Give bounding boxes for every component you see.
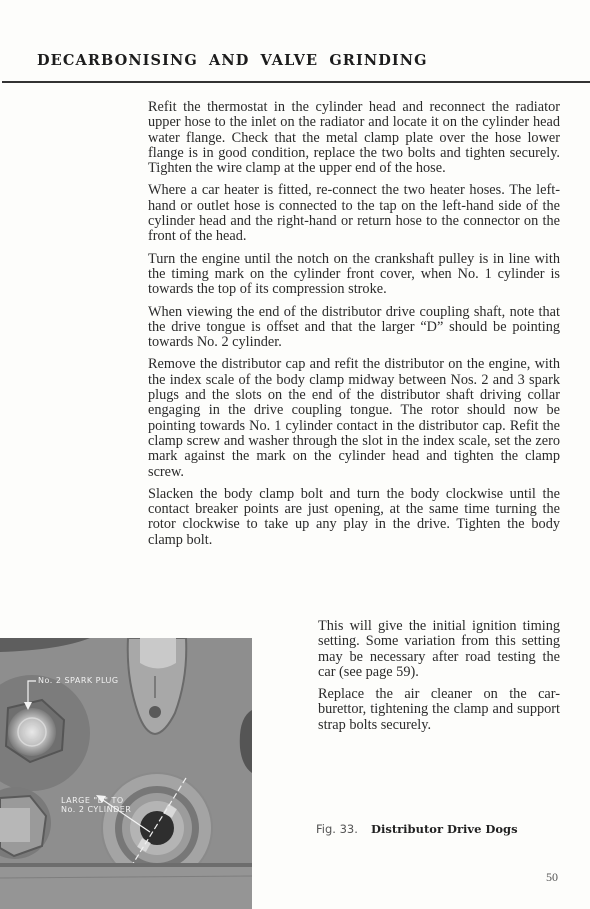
paragraph-air-cleaner: Replace the air cleaner on the car-buret… xyxy=(318,687,560,733)
figure-title: Distributor Drive Dogs xyxy=(371,822,518,836)
paragraph-drive-coupling: When viewing the end of the distributor … xyxy=(148,305,560,351)
page-number: 50 xyxy=(546,870,558,885)
header-rule xyxy=(2,81,590,83)
distributor-drive-photo: No. 2 SPARK PLUG LARGE "D" TO No. 2 CYLI… xyxy=(0,638,252,909)
page-header-title: DECARBONISING AND VALVE GRINDING xyxy=(37,52,428,69)
paragraph-thermostat: Refit the thermostat in the cylinder hea… xyxy=(148,100,560,176)
paragraph-distributor-refit: Remove the distributor cap and refit the… xyxy=(148,357,560,479)
paragraph-turn-engine: Turn the engine until the notch on the c… xyxy=(148,252,560,298)
label-large-d-line2: No. 2 CYLINDER xyxy=(61,805,131,814)
figure-number: Fig. 33. xyxy=(316,822,358,836)
label-spark-plug: No. 2 SPARK PLUG xyxy=(38,676,119,685)
paragraph-initial-timing: This will give the initial ignition timi… xyxy=(318,619,560,680)
paragraph-heater-hoses: Where a car heater is fitted, re-connect… xyxy=(148,183,560,244)
label-large-d-line1: LARGE "D" TO xyxy=(61,796,124,805)
main-text-column: Refit the thermostat in the cylinder hea… xyxy=(148,100,560,555)
figure-caption: Fig. 33. Distributor Drive Dogs xyxy=(316,822,518,837)
side-text-column: This will give the initial ignition timi… xyxy=(318,619,560,740)
paragraph-body-clamp: Slacken the body clamp bolt and turn the… xyxy=(148,487,560,548)
